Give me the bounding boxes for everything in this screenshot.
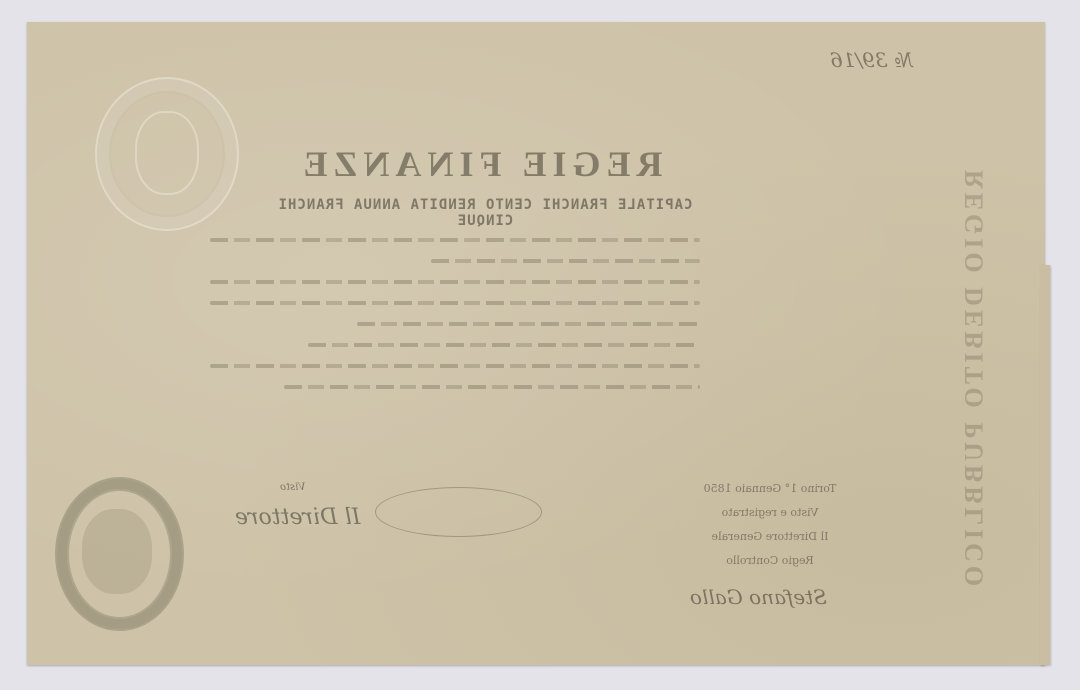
stamp-emblem-icon: [82, 509, 152, 594]
date-line: Torino 1° Gennaio 1850: [660, 482, 880, 495]
document-subtitle: CAPITALE FRANCHI CENTO RENDITA ANNUA FRA…: [250, 197, 720, 229]
embossed-seal-icon: [95, 77, 239, 231]
text-line: [210, 238, 700, 242]
ink-stamp-seal-icon: [55, 477, 184, 631]
coat-of-arms-icon: [135, 111, 199, 195]
text-line: [210, 301, 700, 305]
text-line: [431, 259, 701, 263]
text-line: [210, 280, 700, 284]
control-line: Regio Controllo: [660, 554, 880, 567]
right-signature-block: Torino 1° Gennaio 1850 Visto e registrat…: [660, 482, 880, 578]
text-line: [210, 364, 700, 368]
signature-note: Visto: [280, 482, 305, 493]
registration-line: Visto e registrato: [660, 506, 880, 519]
paper-edge-step: [1040, 265, 1050, 665]
vertical-text-label: REGIO DEBITO PUBBLICO: [960, 108, 990, 653]
vertical-margin-text: REGIO DEBITO PUBBLICO: [952, 110, 992, 655]
text-line: [284, 385, 701, 389]
text-line: [308, 343, 700, 347]
text-line: [357, 322, 700, 326]
director-line: Il Direttore Generale: [660, 530, 880, 543]
right-signature: Stefano Gallo: [690, 585, 827, 609]
signature-flourish: [375, 487, 542, 537]
handwritten-body-text: [210, 238, 700, 406]
handwritten-serial-number: № 39/16: [830, 48, 913, 72]
document-title: REGIE FINANZE: [280, 143, 680, 185]
left-signature: Il Direttore: [235, 505, 360, 530]
